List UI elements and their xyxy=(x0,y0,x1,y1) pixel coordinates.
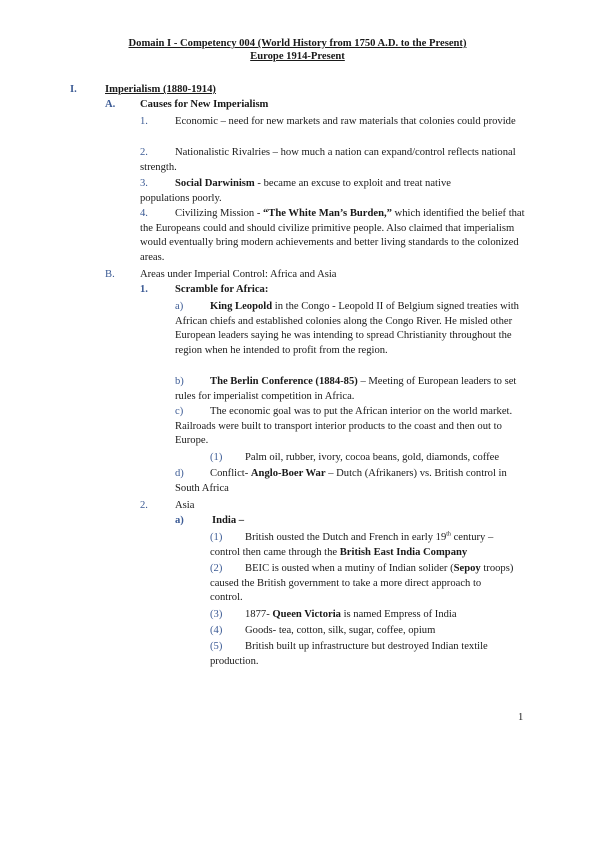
list-item: 3.Social Darwinism - became an excuse to… xyxy=(140,177,495,206)
item-text: 1877- xyxy=(245,609,272,620)
item-bold-text: King Leopold xyxy=(210,301,272,312)
outline-label: 1. xyxy=(140,284,148,295)
item-text: BEIC is ousted when a mutiny of Indian s… xyxy=(245,563,454,574)
item-text: The economic goal was to put the African… xyxy=(175,406,512,446)
list-item: (1)Palm oil, rubber, ivory, cocoa beans,… xyxy=(210,451,499,466)
outline-label: (2) xyxy=(210,562,245,577)
outline-label: b) xyxy=(175,375,210,390)
item-text: Goods- tea, cotton, silk, sugar, coffee,… xyxy=(245,625,435,636)
outline-label: (3) xyxy=(210,608,245,623)
item-text: Conflict- xyxy=(210,468,251,479)
item-bold-text: “The White Man’s Burden,” xyxy=(263,208,392,219)
item-text: Economic – need for new markets and raw … xyxy=(175,116,516,127)
outline-label: 4. xyxy=(140,207,175,222)
outline-label: (1) xyxy=(210,531,245,546)
document-page: Domain I - Competency 004 (World History… xyxy=(0,0,595,842)
outline-label: A. xyxy=(105,99,115,110)
outline-label: (1) xyxy=(210,451,245,466)
item-text: British built up infrastructure but dest… xyxy=(210,641,488,667)
asia-title: Asia xyxy=(175,499,194,514)
item-bold-text: Queen Victoria xyxy=(272,609,341,620)
item-bold-text: Sepoy xyxy=(454,563,481,574)
list-item: (1)British ousted the Dutch and French i… xyxy=(210,531,525,560)
list-item: (4)Goods- tea, cotton, silk, sugar, coff… xyxy=(210,624,435,639)
item-bold-text: Social Darwinism xyxy=(175,178,255,189)
section-A-title: Causes for New Imperialism xyxy=(140,98,268,113)
item-text: Nationalistic Rivalries – how much a nat… xyxy=(140,147,516,173)
section-A-label: A. xyxy=(105,98,115,113)
item-bold-text: The Berlin Conference (1884-85) xyxy=(210,376,358,387)
list-item: c)The economic goal was to put the Afric… xyxy=(175,405,527,449)
outline-label: (4) xyxy=(210,624,245,639)
list-item: a)King Leopold in the Congo - Leopold II… xyxy=(175,300,527,358)
section-B-label: B. xyxy=(105,268,115,283)
india-title: India – xyxy=(212,514,244,529)
outline-label: I. xyxy=(70,84,77,95)
asia-label: 2. xyxy=(140,499,148,514)
outline-label: 2. xyxy=(140,146,175,161)
outline-label: d) xyxy=(175,467,210,482)
item-text: British ousted the Dutch and French in e… xyxy=(245,532,446,543)
outline-label: a) xyxy=(175,515,184,526)
item-text: is named Empress of India xyxy=(341,609,457,620)
africa-label: 1. xyxy=(140,283,148,298)
list-item: 2.Nationalistic Rivalries – how much a n… xyxy=(140,146,525,175)
list-item: 4.Civilizing Mission - “The White Man’s … xyxy=(140,207,525,265)
list-item: (5)British built up infrastructure but d… xyxy=(210,640,515,669)
section-I-label: I. xyxy=(70,83,77,98)
section-B-title: Areas under Imperial Control: Africa and… xyxy=(140,268,337,283)
page-number: 1 xyxy=(518,711,523,726)
outline-label: a) xyxy=(175,300,210,315)
outline-label: 3. xyxy=(140,177,175,192)
outline-label: B. xyxy=(105,269,115,280)
list-item: (3)1877- Queen Victoria is named Empress… xyxy=(210,608,457,623)
outline-label: 1. xyxy=(140,115,175,130)
outline-label: c) xyxy=(175,405,210,420)
item-text: Palm oil, rubber, ivory, cocoa beans, go… xyxy=(245,452,499,463)
africa-title: Scramble for Africa: xyxy=(175,283,268,298)
section-I-title: Imperialism (1880-1914) xyxy=(105,83,216,98)
list-item: d)Conflict- Anglo-Boer War – Dutch (Afri… xyxy=(175,467,527,496)
list-item: 1.Economic – need for new markets and ra… xyxy=(140,115,525,130)
outline-label: 2. xyxy=(140,500,148,511)
document-subtitle: Europe 1914-Present xyxy=(0,50,595,65)
list-item: b)The Berlin Conference (1884-85) – Meet… xyxy=(175,375,527,404)
item-bold-text: British East India Company xyxy=(340,547,467,558)
india-label: a) xyxy=(175,514,184,529)
item-bold-text: Anglo-Boer War xyxy=(251,468,326,479)
item-text: Civilizing Mission - xyxy=(175,208,263,219)
list-item: (2)BEIC is ousted when a mutiny of India… xyxy=(210,562,515,606)
outline-label: (5) xyxy=(210,640,245,655)
